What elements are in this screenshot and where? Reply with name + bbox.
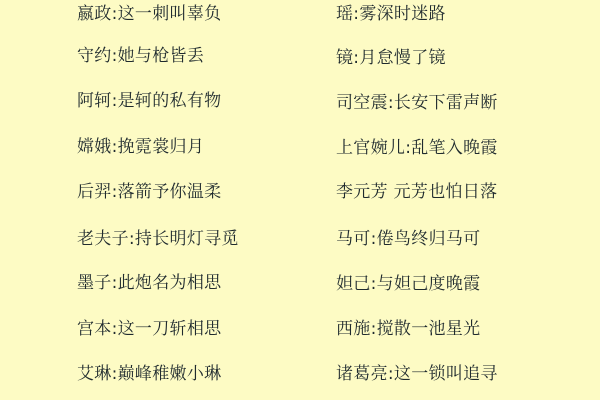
phrase-line: 阿轲:是轲的私有物 [77, 91, 221, 111]
phrase-line: 嫦娥:挽霓裳归月 [77, 137, 204, 157]
phrase-line: 司空震:长安下雷声断 [336, 93, 498, 113]
phrase-line: 宫本:这一刀斩相思 [77, 319, 221, 339]
phrase-line: 嬴政:这一刺叫辜负 [77, 4, 221, 24]
phrase-line: 墨子:此炮名为相思 [77, 273, 221, 293]
phrase-line: 守约:她与枪皆丢 [77, 46, 204, 66]
phrase-line: 西施:搅散一池星光 [336, 319, 480, 339]
phrase-line: 镜:月怠慢了镜 [336, 48, 446, 68]
phrase-line: 李元芳 元芳也怕日落 [336, 182, 497, 202]
phrase-line: 老夫子:持长明灯寻觅 [77, 229, 239, 249]
phrase-line: 后羿:落箭予你温柔 [77, 182, 221, 202]
phrase-line: 马可:倦鸟终归马可 [336, 229, 480, 249]
phrase-line: 艾琳:巅峰稚嫩小琳 [77, 364, 221, 384]
phrase-line: 妲己:与妲己度晚霞 [336, 274, 480, 294]
phrase-line: 上官婉儿:乱笔入晚霞 [336, 138, 498, 158]
phrase-line: 诸葛亮:这一锁叫追寻 [336, 364, 498, 384]
phrase-line: 瑶:雾深时迷路 [336, 4, 446, 24]
